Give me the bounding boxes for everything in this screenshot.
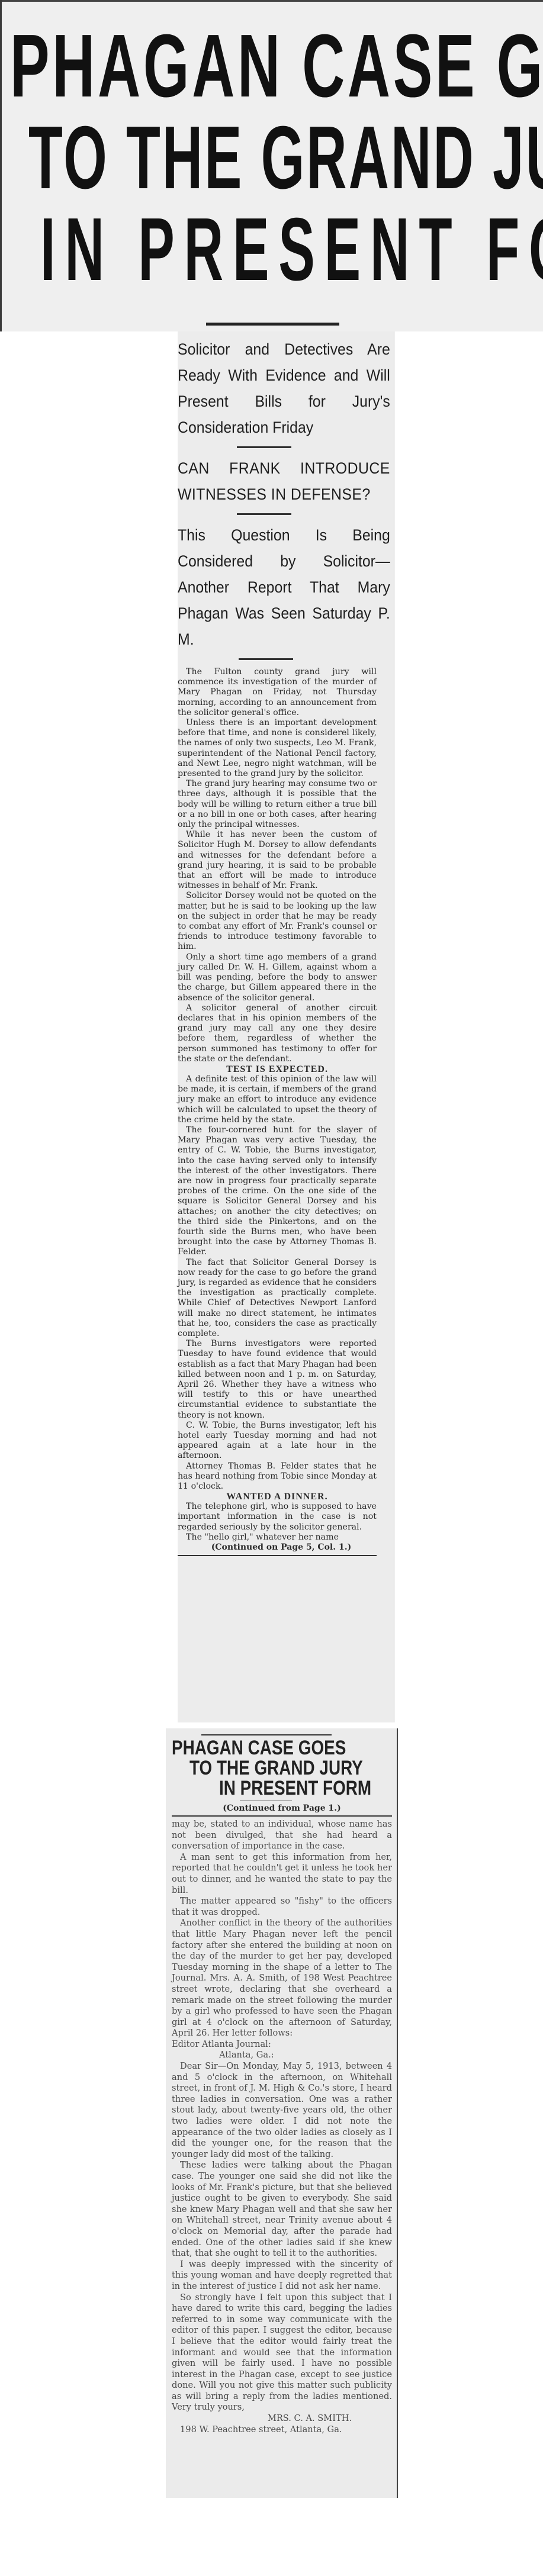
article-paragraph: The "hello girl," whatever her name — [178, 1532, 377, 1543]
continuation-body: may be, stated to an individual, whose n… — [172, 1819, 392, 2435]
letter-signature: MRS. C. A. SMITH. — [172, 2413, 392, 2424]
article-paragraph: Unless there is an important development… — [178, 718, 377, 779]
headline-clipping: PHAGAN CASE GOES TO THE GRAND JURY IN PR… — [0, 0, 543, 331]
continuation-top-rule — [201, 1734, 332, 1735]
deck-divider-2 — [237, 513, 291, 515]
continuation-headline-2: TO THE GRAND JURY — [189, 1758, 355, 1778]
continuation-clipping: PHAGAN CASE GOES TO THE GRAND JURY IN PR… — [166, 1728, 398, 2498]
article-paragraph: C. W. Tobie, the Burns investigator, lef… — [178, 1421, 377, 1461]
article-paragraph: A definite test of this opinion of the l… — [178, 1074, 377, 1125]
continuation-paragraph: The matter appeared so "fishy" to the of… — [172, 1896, 392, 1918]
continuation-paragraph: may be, stated to an individual, whose n… — [172, 1819, 392, 1852]
end-rule — [178, 1555, 377, 1556]
continuation-headline-1: PHAGAN CASE GOES — [172, 1738, 352, 1758]
article-paragraph: Solicitor Dorsey would not be quoted on … — [178, 891, 377, 952]
article-clipping: Solicitor and Detectives Are Ready With … — [178, 331, 394, 1722]
deck-1: Solicitor and Detectives Are Ready With … — [178, 336, 393, 440]
article-paragraph: The grand jury hearing may consume two o… — [178, 779, 377, 830]
headline-divider — [206, 323, 339, 326]
article-paragraph: Only a short time ago members of a grand… — [178, 952, 377, 1003]
article-paragraph: The fact that Solicitor General Dorsey i… — [178, 1258, 377, 1339]
letter-paragraph: Dear Sir—On Monday, May 5, 1913, between… — [172, 2061, 392, 2160]
deck-divider-3 — [239, 658, 293, 660]
letter-address: 198 W. Peachtree street, Atlanta, Ga. — [172, 2424, 392, 2436]
deck-divider-1 — [237, 446, 291, 448]
article-paragraph: A solicitor general of another circuit d… — [178, 1003, 377, 1064]
continuation-paragraph: A man sent to get this information from … — [172, 1852, 392, 1896]
continued-from-note: (Continued from Page 1.) — [172, 1804, 392, 1813]
letter-place: Atlanta, Ga.: — [172, 2050, 392, 2061]
letter-salutation: Editor Atlanta Journal: — [172, 2039, 392, 2050]
article-paragraph: The telephone girl, who is supposed to h… — [178, 1502, 377, 1532]
article-column: Solicitor and Detectives Are Ready With … — [178, 336, 394, 1559]
headline-line-3: IN PRESENT FORM — [40, 198, 430, 301]
continuation-divider — [240, 1801, 292, 1801]
article-paragraph: The four-cornered hunt for the slayer of… — [178, 1125, 377, 1258]
headline-line-1: PHAGAN CASE GOES — [10, 15, 432, 117]
subhead-wanted-a-dinner: WANTED A DINNER. — [178, 1492, 377, 1502]
article-paragraph: While it has never been the custom of So… — [178, 830, 377, 891]
letter-paragraph: So strongly have I felt upon this subjec… — [172, 2292, 392, 2414]
letter-paragraph: I was deeply impressed with the sincerit… — [172, 2259, 392, 2292]
continuation-paragraph: Another conflict in the theory of the au… — [172, 1918, 392, 2039]
letter-paragraph: These ladies were talking about the Phag… — [172, 2160, 392, 2259]
subhead-test-is-expected: TEST IS EXPECTED. — [178, 1064, 377, 1074]
deck-2: CAN FRANK INTRODUCE WITNESSES IN DEFENSE… — [178, 455, 393, 507]
article-body: The Fulton county grand jury will commen… — [178, 667, 377, 1556]
continuation-rule — [172, 1815, 392, 1817]
deck-3: This Question Is Being Considered by Sol… — [178, 522, 393, 652]
continuation-headline-3: IN PRESENT FORM — [219, 1778, 361, 1798]
article-paragraph: The Burns investigators were reported Tu… — [178, 1339, 377, 1421]
article-paragraph: Attorney Thomas B. Felder states that he… — [178, 1461, 377, 1492]
continuation-column: PHAGAN CASE GOES TO THE GRAND JURY IN PR… — [172, 1732, 392, 2435]
article-paragraph: The Fulton county grand jury will commen… — [178, 667, 377, 718]
continued-on-note: (Continued on Page 5, Col. 1.) — [178, 1543, 377, 1553]
top-border-rule — [2, 0, 543, 2]
headline-line-2: TO THE GRAND JURY — [28, 107, 429, 209]
